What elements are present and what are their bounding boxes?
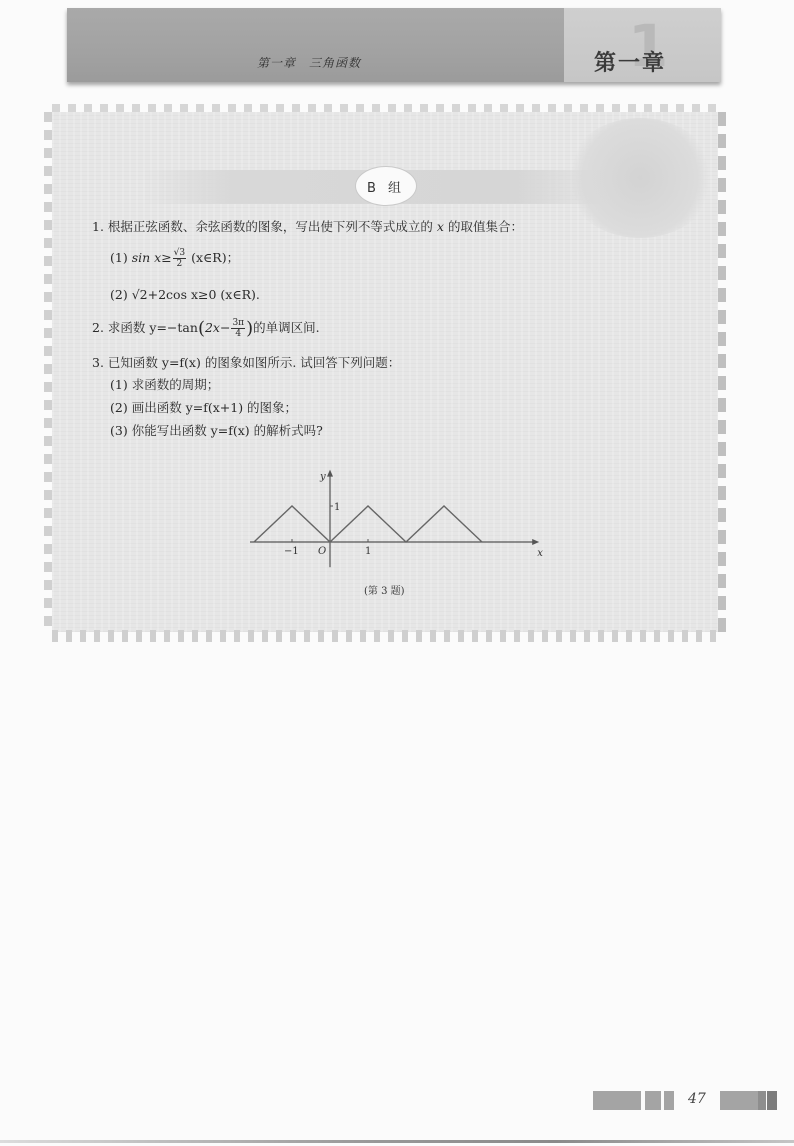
question-3-part-2: (2) 画出函数 y=f(x+1) 的图象； (110, 398, 297, 416)
math-expr: sin x≥ (132, 250, 172, 265)
question-text: 求函数 y=−tan (108, 320, 198, 335)
question-3-part-3: (3) 你能写出函数 y=f(x) 的解析式吗? (110, 421, 323, 439)
footer-bar (593, 1091, 641, 1110)
svg-text:y: y (319, 472, 326, 483)
question-1: 1. 根据正弦函数、余弦函数的图象，写出使下列不等式成立的 x 的取值集合： (92, 217, 523, 235)
triangle-wave-graph: xyO−111 (250, 448, 550, 580)
footer-bar (645, 1091, 661, 1110)
question-text: 根据正弦函数、余弦函数的图象，写出使下列不等式成立的 (108, 219, 433, 234)
question-3-part-1: (1) 求函数的周期； (110, 375, 219, 393)
question-number: 3. (92, 355, 104, 370)
chapter-tag: 第一章 (594, 46, 666, 77)
page-number: 47 (688, 1091, 706, 1107)
question-text-tail: 的取值集合： (448, 219, 523, 234)
math-expr: 2x− (205, 320, 230, 335)
svg-text:O: O (318, 546, 326, 557)
panel-edge-left (44, 112, 52, 632)
footer-bar (664, 1091, 674, 1110)
chapter-tab: 1 第一章 (564, 8, 721, 82)
panel-edge-right (718, 112, 726, 632)
fraction: √32 (173, 248, 186, 269)
question-number: 1. (92, 219, 104, 234)
footer-bar (767, 1091, 777, 1110)
group-badge: B 组 (355, 166, 417, 206)
question-1-part-2: (2) √2+2cos x≥0 (x∈R). (110, 287, 260, 302)
svg-text:1: 1 (334, 502, 340, 513)
question-1-part-1: (1) sin x≥√32 (x∈R)； (110, 248, 239, 269)
running-title: 第一章 三角函数 (257, 54, 361, 71)
question-number: 2. (92, 320, 104, 335)
question-3: 3. 已知函数 y=f(x) 的图象如图所示. 试回答下列问题： (92, 353, 400, 371)
figure-caption: (第 3 题) (364, 582, 405, 597)
panel-edge-bottom (52, 630, 718, 642)
header-band: 第一章 三角函数 (67, 8, 564, 82)
footer-bar (758, 1091, 766, 1110)
fraction: 3π4 (231, 318, 245, 339)
part-label: (2) (110, 287, 128, 302)
chapter-header: 第一章 三角函数 1 第一章 (67, 8, 721, 82)
math-var: x (437, 219, 444, 234)
svg-text:−1: −1 (284, 546, 299, 557)
math-expr: √2+2cos x≥0 (x∈R). (132, 287, 260, 302)
question-text-tail: 的单调区间. (253, 320, 319, 335)
svg-text:x: x (537, 548, 543, 559)
part-label: (1) (110, 250, 128, 265)
svg-text:1: 1 (365, 546, 371, 557)
footer-bar (720, 1091, 758, 1110)
math-expr-tail: (x∈R)； (191, 250, 239, 265)
question-text: 已知函数 y=f(x) 的图象如图所示. 试回答下列问题： (108, 355, 400, 370)
question-2: 2. 求函数 y=−tan(2x−3π4)的单调区间. (92, 318, 320, 339)
bottom-rule (0, 1140, 794, 1143)
